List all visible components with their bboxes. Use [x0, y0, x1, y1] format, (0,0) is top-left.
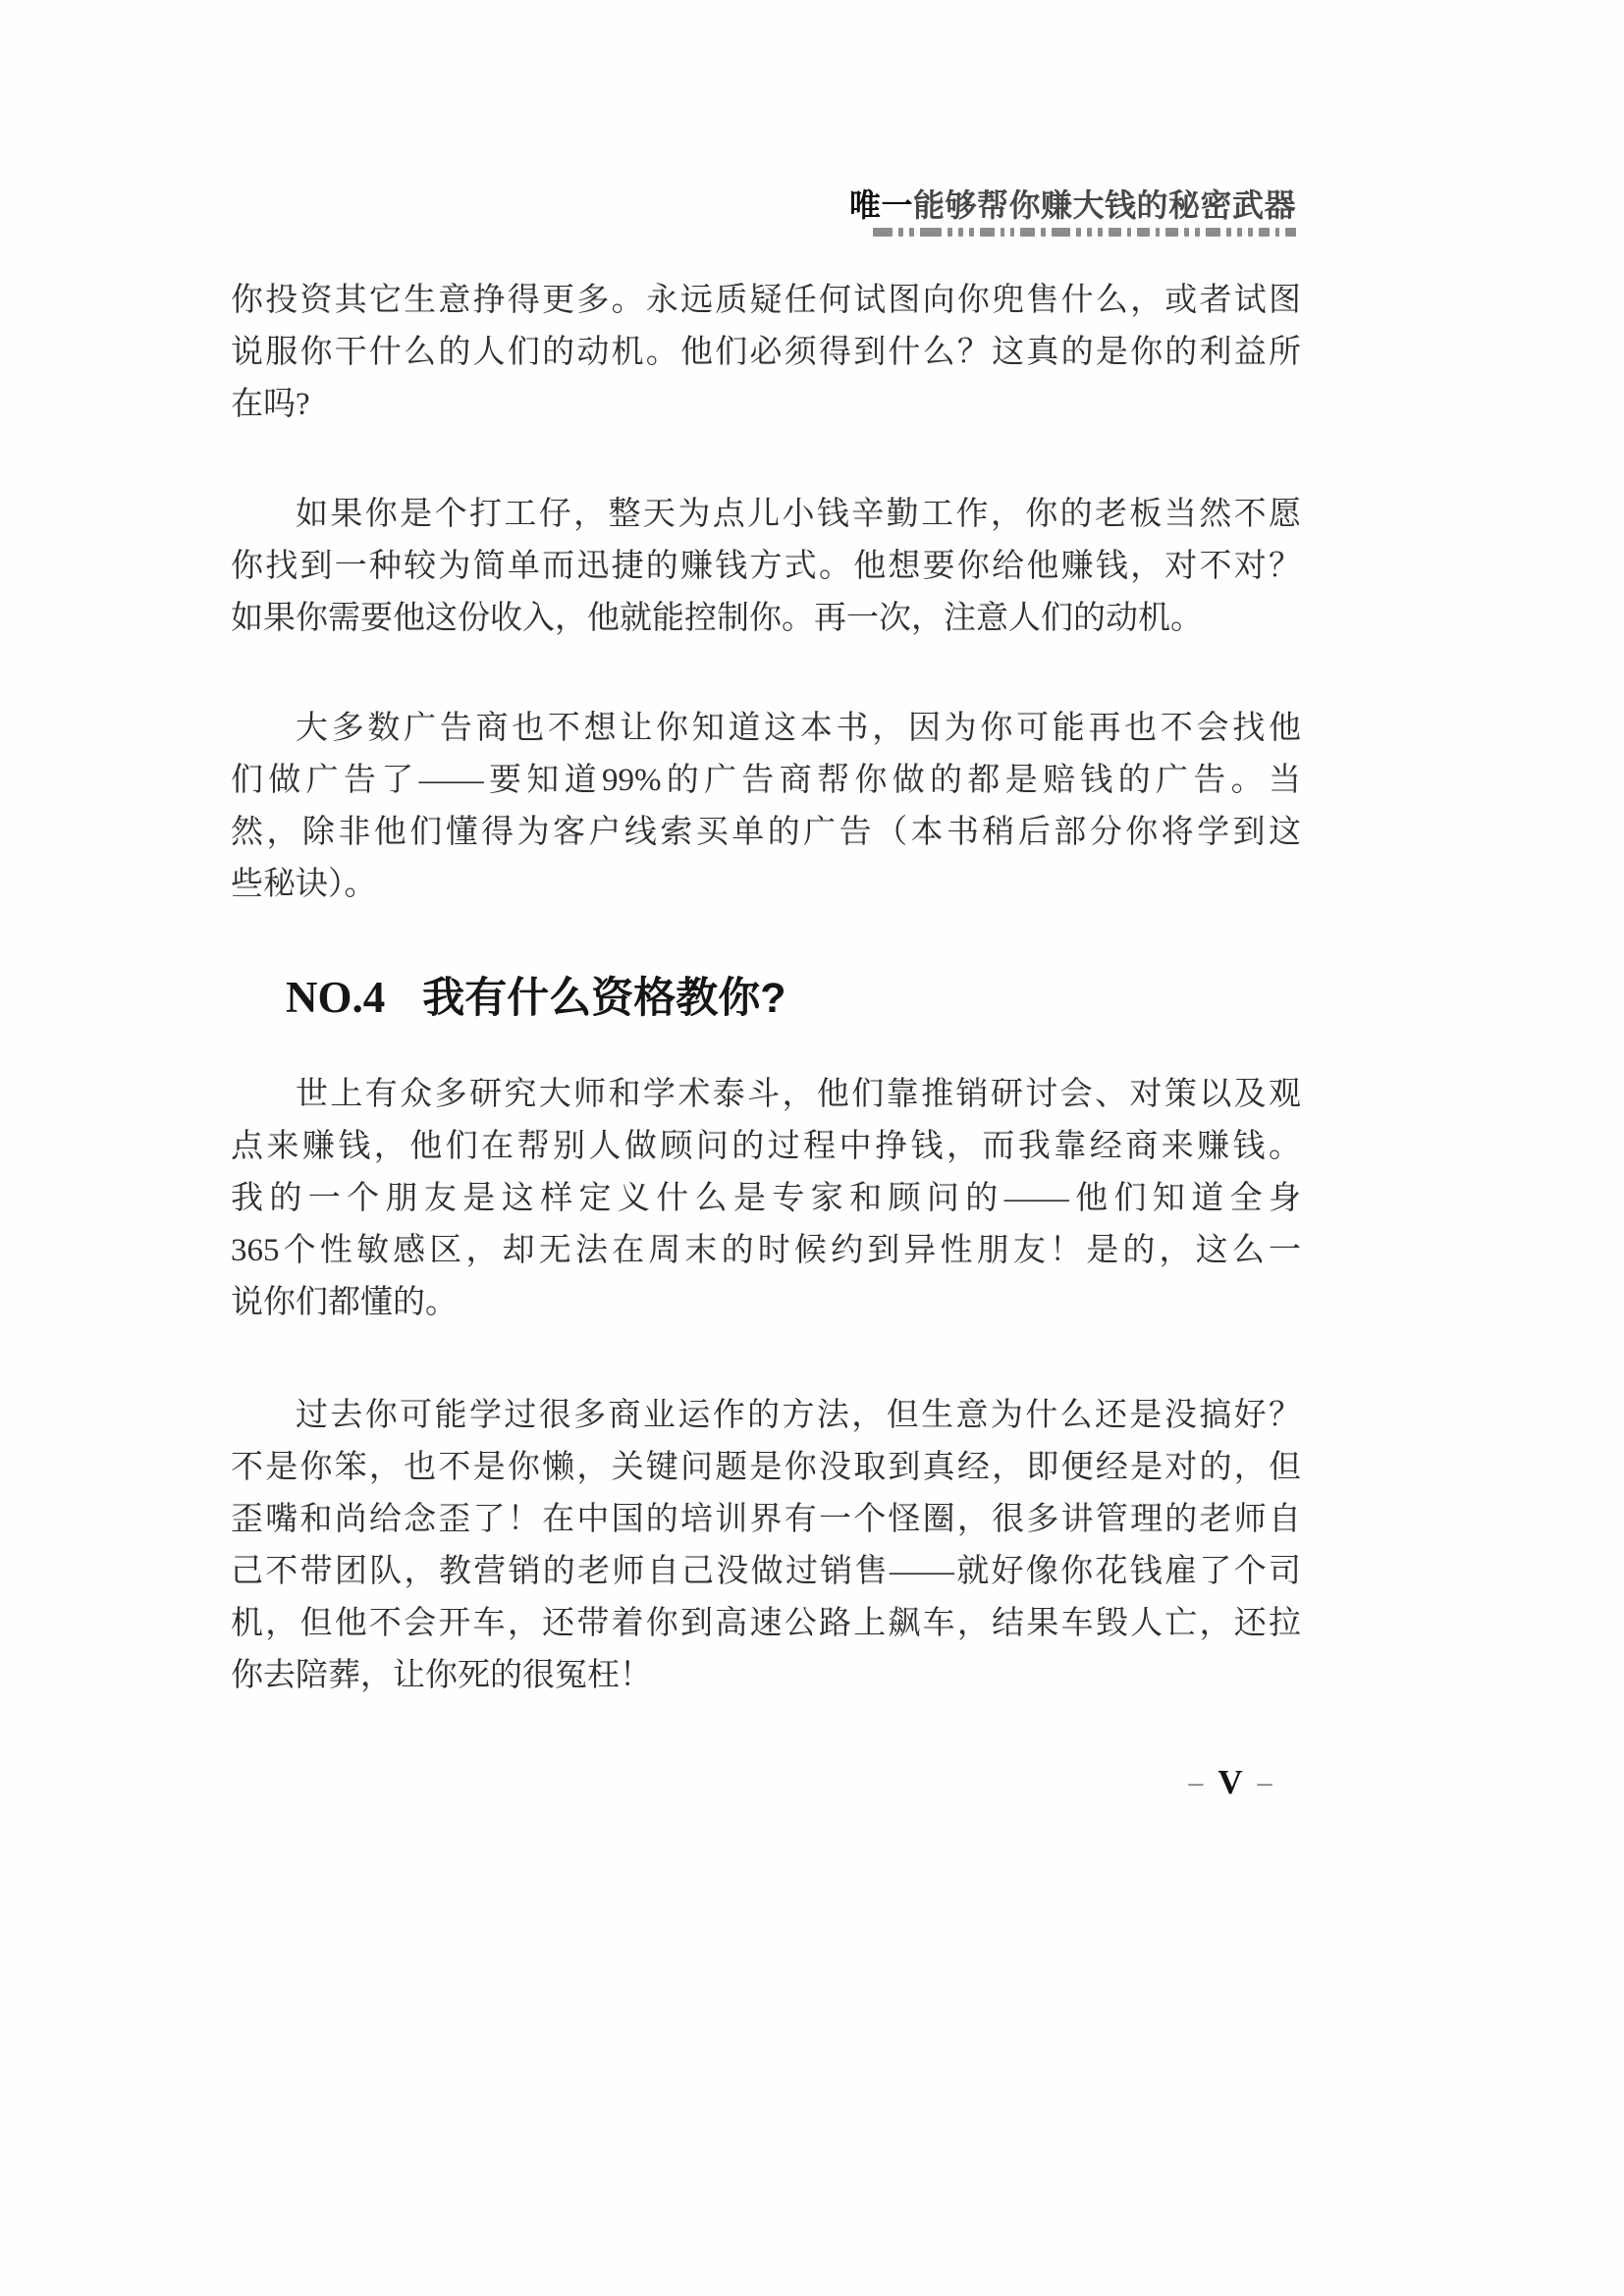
dash-segment: [958, 228, 963, 237]
paragraph-2: 如果你是个打工仔，整天为点儿小钱辛勤工作，你的老板当然不愿 你找到一种较为简单而…: [231, 489, 1301, 645]
text-line: 说服你干什么的人们的动机。他们必须得到什么？这真的是你的利益所: [231, 327, 1301, 379]
dash-segment: [1041, 228, 1046, 237]
text-line: 如果你需要他这份收入，他就能控制你。再一次，注意人们的动机。: [231, 593, 1301, 645]
text-line: 不是你笨，也不是你懒，关键问题是你没取到真经，即便经是对的，但: [231, 1442, 1301, 1494]
paragraph-1: 你投资其它生意挣得更多。永远质疑任何试图向你兜售什么，或者试图 说服你干什么的人…: [231, 275, 1301, 431]
text-line: 如果你是个打工仔，整天为点儿小钱辛勤工作，你的老板当然不愿: [231, 489, 1301, 541]
dash-segment: [1098, 228, 1103, 237]
dash-segment: [1109, 228, 1121, 237]
section-number: NO.4: [286, 973, 385, 1022]
dash-segment: [1206, 228, 1220, 237]
folio-right-dash: –: [1258, 1763, 1272, 1802]
decorative-dash-bar: [849, 228, 1296, 237]
dash-segment: [909, 228, 914, 237]
dash-segment: [1156, 228, 1160, 237]
text-line: 点来赚钱，他们在帮别人做顾问的过程中挣钱，而我靠经商来赚钱。: [231, 1121, 1301, 1173]
text-line: 说你们都懂的。: [231, 1277, 1301, 1329]
text-line: 你去陪葬，让你死的很冤枉！: [231, 1650, 1301, 1702]
dash-segment: [980, 228, 995, 237]
text-line: 们做广告了——要知道99%的广告商帮你做的都是赔钱的广告。当: [231, 755, 1301, 807]
text-line: 歪嘴和尚给念歪了！在中国的培训界有一个怪圈，很多讲管理的老师自: [231, 1494, 1301, 1546]
dash-segment: [920, 228, 942, 237]
text-line: 机，但他不会开车，还带着你到高速公路上飙车，结果车毁人亡，还拉: [231, 1598, 1301, 1650]
dash-segment: [1285, 228, 1296, 237]
dash-segment: [898, 228, 903, 237]
dash-segment: [1076, 228, 1081, 237]
dash-segment: [1165, 228, 1178, 237]
paragraph-3: 大多数广告商也不想让你知道这本书，因为你可能再也不会找他 们做广告了——要知道9…: [231, 703, 1301, 911]
dash-segment: [1195, 228, 1200, 237]
running-head-text: 能够帮你赚大钱的秘密武器: [913, 187, 1296, 223]
running-head-title: 唯一能够帮你赚大钱的秘密武器: [849, 185, 1296, 226]
text-line: 365个性敏感区，却无法在周末的时候约到异性朋友！是的，这么一: [231, 1225, 1301, 1277]
text-line: 在吗?: [231, 379, 1301, 431]
folio-left-dash: –: [1188, 1763, 1203, 1802]
paragraph-5: 过去你可能学过很多商业运作的方法，但生意为什么还是没搞好？ 不是你笨，也不是你懒…: [231, 1390, 1301, 1702]
dash-segment: [1052, 228, 1070, 237]
text-line: 然，除非他们懂得为客户线索买单的广告（本书稍后部分你将学到这: [231, 807, 1301, 859]
running-head: 唯一能够帮你赚大钱的秘密武器: [849, 185, 1296, 237]
text-line: 些秘诀）。: [231, 859, 1301, 911]
text-line: 你投资其它生意挣得更多。永远质疑任何试图向你兜售什么，或者试图: [231, 275, 1301, 327]
text-line: 过去你可能学过很多商业运作的方法，但生意为什么还是没搞好？: [231, 1390, 1301, 1442]
dash-segment: [947, 228, 952, 237]
text-line: 己不带团队，教营销的老师自己没做过销售——就好像你花钱雇了个司: [231, 1546, 1301, 1598]
dash-segment: [1184, 228, 1189, 237]
dash-segment: [1087, 228, 1092, 237]
dash-segment: [1259, 228, 1270, 237]
section-heading: NO.4 我有什么资格教你?: [231, 968, 786, 1035]
text-line: 我的一个朋友是这样定义什么是专家和顾问的——他们知道全身: [231, 1173, 1301, 1225]
book-page: 唯一能够帮你赚大钱的秘密武器 你投资其它生意挣得更多。永远质疑任何试图向你兜售什…: [0, 0, 1624, 2296]
text-line: 大多数广告商也不想让你知道这本书，因为你可能再也不会找他: [231, 703, 1301, 755]
section-title: 我有什么资格教你?: [422, 975, 785, 1022]
dash-segment: [1010, 228, 1014, 237]
dash-segment: [969, 228, 974, 237]
text-line: 你找到一种较为简单而迅捷的赚钱方式。他想要你给他赚钱，对不对？: [231, 541, 1301, 593]
folio-number: V: [1218, 1763, 1242, 1802]
dash-segment: [1020, 228, 1035, 237]
dash-segment: [1226, 228, 1231, 237]
dash-segment: [1127, 228, 1131, 237]
dash-segment: [1248, 228, 1253, 237]
dash-segment: [1001, 228, 1004, 237]
dash-segment: [1137, 228, 1150, 237]
dash-segment: [873, 228, 893, 237]
dash-segment: [1237, 228, 1242, 237]
running-head-emphasis: 唯一: [849, 187, 913, 223]
page-number: – V –: [1176, 1763, 1284, 1802]
text-line: 世上有众多研究大师和学术泰斗，他们靠推销研讨会、对策以及观: [231, 1069, 1301, 1121]
dash-segment: [1275, 228, 1279, 237]
paragraph-4: 世上有众多研究大师和学术泰斗，他们靠推销研讨会、对策以及观 点来赚钱，他们在帮别…: [231, 1069, 1301, 1329]
